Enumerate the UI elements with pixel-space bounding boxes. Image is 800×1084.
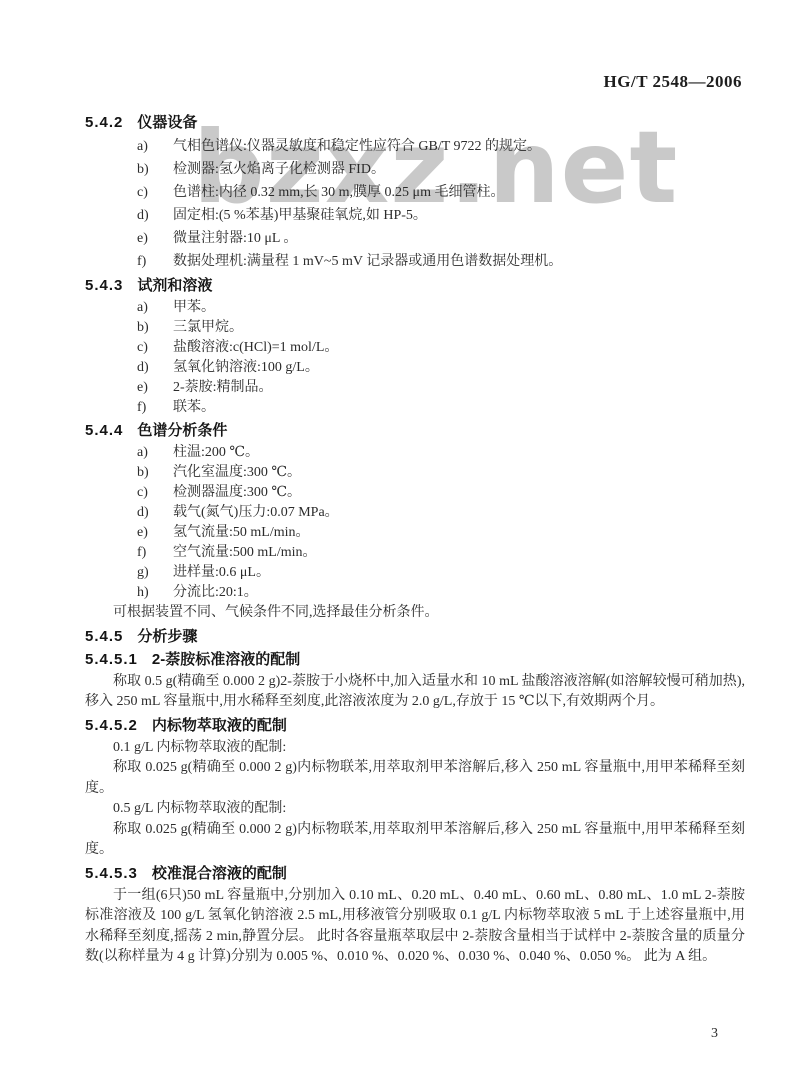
list-item: d)载气(氮气)压力:0.07 MPa。	[85, 503, 745, 523]
item-label: c)	[137, 483, 173, 503]
item-label: d)	[137, 204, 173, 227]
section-title: 内标物萃取液的配制	[152, 717, 287, 734]
section-heading: 5.4.2仪器设备	[85, 113, 745, 133]
section-number: 5.4.4	[85, 422, 123, 439]
section-5.4.5.2: 5.4.5.2内标物萃取液的配制0.1 g/L 内标物萃取液的配制:称取 0.0…	[85, 716, 745, 861]
section-note: 可根据装置不同、气候条件不同,选择最佳分析条件。	[85, 603, 745, 624]
list-item: e)氢气流量:50 mL/min。	[85, 523, 745, 543]
section-5.4.4: 5.4.4色谱分析条件a)柱温:200 ℃。b)汽化室温度:300 ℃。c)检测…	[85, 421, 745, 624]
list-item: e)微量注射器:10 μL 。	[85, 227, 745, 250]
item-text: 微量注射器:10 μL 。	[173, 227, 745, 250]
item-text: 固定相:(5 %苯基)甲基聚硅氧烷,如 HP-5。	[173, 204, 745, 227]
section-title: 2-萘胺标准溶液的配制	[152, 651, 300, 668]
item-text: 载气(氮气)压力:0.07 MPa。	[173, 503, 745, 523]
section-5.4.5.3: 5.4.5.3校准混合溶液的配制于一组(6只)50 mL 容量瓶中,分别加入 0…	[85, 864, 745, 968]
item-text: 色谱柱:内径 0.32 mm,长 30 m,膜厚 0.25 μm 毛细管柱。	[173, 181, 745, 204]
item-label: a)	[137, 443, 173, 463]
section-number: 5.4.3	[85, 277, 123, 294]
list-item: f)联苯。	[85, 398, 745, 418]
section-number: 5.4.2	[85, 114, 123, 131]
section-heading: 5.4.4色谱分析条件	[85, 421, 745, 441]
list-item: b)汽化室温度:300 ℃。	[85, 463, 745, 483]
item-text: 联苯。	[173, 398, 745, 418]
section-title: 仪器设备	[137, 114, 197, 131]
section-title: 分析步骤	[137, 628, 197, 645]
list-item: c)色谱柱:内径 0.32 mm,长 30 m,膜厚 0.25 μm 毛细管柱。	[85, 181, 745, 204]
section-heading: 5.4.5.3校准混合溶液的配制	[85, 864, 745, 884]
list-item: c)检测器温度:300 ℃。	[85, 483, 745, 503]
section-number: 5.4.5.3	[85, 865, 138, 882]
item-label: g)	[137, 563, 173, 583]
section-title: 试剂和溶液	[137, 277, 212, 294]
item-text: 空气流量:500 mL/min。	[173, 543, 745, 563]
item-label: f)	[137, 398, 173, 418]
section-heading: 5.4.5.2内标物萃取液的配制	[85, 716, 745, 736]
item-label: e)	[137, 378, 173, 398]
list-item: a)气相色谱仪:仪器灵敏度和稳定性应符合 GB/T 9722 的规定。	[85, 135, 745, 158]
section-5.4.2: 5.4.2仪器设备a)气相色谱仪:仪器灵敏度和稳定性应符合 GB/T 9722 …	[85, 113, 745, 273]
doc-code-header: HG/T 2548—2006	[604, 72, 742, 92]
list-item: b)检测器:氢火焰离子化检测器 FID。	[85, 158, 745, 181]
section-number: 5.4.5.1	[85, 651, 138, 668]
list-item: h)分流比:20:1。	[85, 583, 745, 603]
item-label: f)	[137, 250, 173, 273]
item-label: a)	[137, 135, 173, 158]
item-text: 三氯甲烷。	[173, 318, 745, 338]
item-label: f)	[137, 543, 173, 563]
item-label: e)	[137, 227, 173, 250]
list-item: a)柱温:200 ℃。	[85, 443, 745, 463]
list-item: a)甲苯。	[85, 298, 745, 318]
section-number: 5.4.5.2	[85, 717, 138, 734]
list-item: c)盐酸溶液:c(HCl)=1 mol/L。	[85, 338, 745, 358]
paragraph: 0.1 g/L 内标物萃取液的配制:	[85, 738, 745, 759]
list-item: d)氢氧化钠溶液:100 g/L。	[85, 358, 745, 378]
section-heading: 5.4.5分析步骤	[85, 627, 745, 647]
list-item: g)进样量:0.6 μL。	[85, 563, 745, 583]
paragraph: 0.5 g/L 内标物萃取液的配制:	[85, 799, 745, 820]
paragraph: 称取 0.025 g(精确至 0.000 2 g)内标物联苯,用萃取剂甲苯溶解后…	[85, 820, 745, 861]
item-text: 进样量:0.6 μL。	[173, 563, 745, 583]
section-title: 校准混合溶液的配制	[152, 865, 287, 882]
item-label: a)	[137, 298, 173, 318]
item-label: c)	[137, 338, 173, 358]
paragraph: 称取 0.5 g(精确至 0.000 2 g)2-萘胺于小烧杯中,加入适量水和 …	[85, 672, 745, 713]
list-item: b)三氯甲烷。	[85, 318, 745, 338]
item-text: 2-萘胺:精制品。	[173, 378, 745, 398]
item-label: d)	[137, 503, 173, 523]
section-heading: 5.4.3试剂和溶液	[85, 276, 745, 296]
document-content: 5.4.2仪器设备a)气相色谱仪:仪器灵敏度和稳定性应符合 GB/T 9722 …	[85, 110, 745, 968]
list-item: f)空气流量:500 mL/min。	[85, 543, 745, 563]
section-5.4.5: 5.4.5分析步骤	[85, 627, 745, 647]
item-label: d)	[137, 358, 173, 378]
item-text: 数据处理机:满量程 1 mV~5 mV 记录器或通用色谱数据处理机。	[173, 250, 745, 273]
list-item: f)数据处理机:满量程 1 mV~5 mV 记录器或通用色谱数据处理机。	[85, 250, 745, 273]
item-label: b)	[137, 318, 173, 338]
paragraph: 于一组(6只)50 mL 容量瓶中,分别加入 0.10 mL、0.20 mL、0…	[85, 886, 745, 968]
item-text: 检测器:氢火焰离子化检测器 FID。	[173, 158, 745, 181]
section-heading: 5.4.5.12-萘胺标准溶液的配制	[85, 650, 745, 670]
item-label: c)	[137, 181, 173, 204]
item-text: 柱温:200 ℃。	[173, 443, 745, 463]
item-text: 气相色谱仪:仪器灵敏度和稳定性应符合 GB/T 9722 的规定。	[173, 135, 745, 158]
list-item: e)2-萘胺:精制品。	[85, 378, 745, 398]
paragraph: 称取 0.025 g(精确至 0.000 2 g)内标物联苯,用萃取剂甲苯溶解后…	[85, 758, 745, 799]
item-text: 盐酸溶液:c(HCl)=1 mol/L。	[173, 338, 745, 358]
section-title: 色谱分析条件	[137, 422, 227, 439]
document-page: HG/T 2548—2006 bzxz.net 5.4.2仪器设备a)气相色谱仪…	[0, 0, 800, 1084]
list-item: d)固定相:(5 %苯基)甲基聚硅氧烷,如 HP-5。	[85, 204, 745, 227]
item-label: b)	[137, 158, 173, 181]
section-number: 5.4.5	[85, 628, 123, 645]
section-5.4.3: 5.4.3试剂和溶液a)甲苯。b)三氯甲烷。c)盐酸溶液:c(HCl)=1 mo…	[85, 276, 745, 418]
page-number: 3	[711, 1026, 718, 1042]
item-label: b)	[137, 463, 173, 483]
item-text: 汽化室温度:300 ℃。	[173, 463, 745, 483]
item-text: 氢气流量:50 mL/min。	[173, 523, 745, 543]
item-text: 氢氧化钠溶液:100 g/L。	[173, 358, 745, 378]
item-text: 检测器温度:300 ℃。	[173, 483, 745, 503]
item-text: 分流比:20:1。	[173, 583, 745, 603]
item-label: e)	[137, 523, 173, 543]
item-text: 甲苯。	[173, 298, 745, 318]
section-5.4.5.1: 5.4.5.12-萘胺标准溶液的配制称取 0.5 g(精确至 0.000 2 g…	[85, 650, 745, 713]
item-label: h)	[137, 583, 173, 603]
